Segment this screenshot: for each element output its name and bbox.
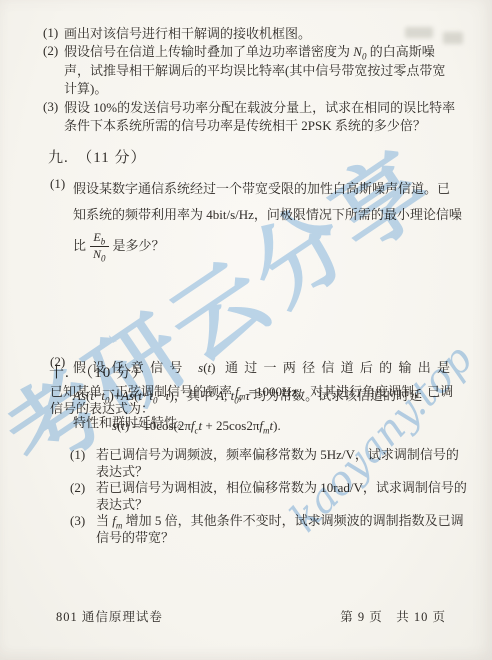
- text-line: 若已调信号为调相波，相位偏移常数为 10rad/V，试求调制信号的: [96, 480, 462, 497]
- text-line: 比 Eb N0 是多少？: [73, 228, 450, 264]
- text-line: 假设某数字通信系统经过一个带宽受限的加性白高斯噪声信道。已: [73, 176, 450, 202]
- text-line: 当 fm 增加 5 倍，其他条件不变时，试求调频波的调制指数及已调: [96, 513, 462, 530]
- fraction-eb-n0: Eb N0: [90, 231, 109, 262]
- text-line: 信号的带宽？: [96, 530, 462, 547]
- footer-paper-title: 801 通信原理试卷: [56, 607, 163, 625]
- item-number: (3): [43, 99, 58, 115]
- exam-paper-page: (1) 画出对该信号进行相干解调的接收机框图。 (2) 假设信号在信道上传输时叠…: [0, 0, 492, 660]
- footer-page-number: 第 9 页 共 10 页: [340, 607, 446, 625]
- question8-tail-block: (1) 画出对该信号进行相干解调的接收机框图。 (2) 假设信号在信道上传输时叠…: [43, 25, 459, 135]
- question-item: (2) 假设信号在信道上传输时叠加了单边功率谱密度为 N0 的白高斯噪 声，试推…: [43, 43, 459, 98]
- text-line: 已知某单一正弦调制信号的频率 fm =1000Hz，对其进行角度调制，已调: [50, 383, 464, 400]
- question-item: (1) 画出对该信号进行相干解调的接收机框图。: [43, 25, 459, 43]
- section-heading-q10: 十. （10 分）: [49, 361, 148, 382]
- scan-smudge: [405, 27, 433, 38]
- item-number: (1): [50, 176, 65, 192]
- fraction-numerator: Eb: [90, 231, 109, 247]
- text-line: 表达式？: [96, 497, 462, 514]
- text-line: 若已调信号为调频波，频率偏移常数为 5Hz/V，试求调制信号的: [96, 447, 462, 464]
- item-number: (1): [70, 447, 85, 463]
- text-line: 假设信号在信道上传输时叠加了单边功率谱密度为 N0 的白高斯噪: [64, 43, 459, 61]
- fraction-suffix: 是多少？: [113, 233, 165, 259]
- text-line: 信号的表达式为：: [50, 400, 464, 417]
- text-line: 声，试推导相干解调后的平均误比特率(其中信号带宽按过零点带宽: [64, 62, 459, 80]
- item-number: (2): [70, 480, 85, 496]
- text-line: 计算)。: [64, 80, 459, 98]
- question-item: (1) 假设某数字通信系统经过一个带宽受限的加性白高斯噪声信道。已 知系统的频带…: [50, 176, 450, 264]
- text-line: 假设 10%的发送信号功率分配在载波分量上，试求在相同的误比特率: [64, 99, 459, 117]
- item-number: (3): [70, 513, 85, 529]
- text-line: 画出对该信号进行相干解调的接收机框图。: [64, 25, 459, 43]
- item-number: (2): [43, 43, 58, 59]
- question10-intro: 已知某单一正弦调制信号的频率 fm =1000Hz，对其进行角度调制，已调 信号…: [50, 383, 464, 417]
- question-item: (3) 假设 10%的发送信号功率分配在载波分量上，试求在相同的误比特率 条件下…: [43, 99, 459, 136]
- section-heading-q9: 九. （11 分）: [48, 146, 146, 167]
- question-item: (2) 若已调信号为调相波，相位偏移常数为 10rad/V，试求调制信号的 表达…: [70, 480, 462, 513]
- question10-items: (1) 若已调信号为调频波，频率偏移常数为 5Hz/V，试求调制信号的 表达式？…: [70, 447, 462, 547]
- fraction-denominator: N0: [90, 247, 109, 262]
- scan-smudge: [443, 32, 463, 44]
- text-line: 条件下本系统所需的信号功率是传统相干 2PSK 系统的多少倍？: [64, 117, 459, 135]
- question-item: (3) 当 fm 增加 5 倍，其他条件不变时，试求调频波的调制指数及已调 信号…: [70, 513, 462, 546]
- item-number: (1): [43, 25, 58, 41]
- text-line: 表达式？: [96, 464, 462, 481]
- text-line: 知系统的频带利用率为 4bit/s/Hz，问极限情况下所需的最小理论信噪: [73, 202, 450, 228]
- question-item: (1) 若已调信号为调频波，频率偏移常数为 5Hz/V，试求调制信号的 表达式？: [70, 447, 462, 480]
- fraction-prefix: 比: [73, 233, 86, 259]
- math-formula: s(t) = 10cos(2πfct + 25cos2πfmt).: [112, 418, 281, 434]
